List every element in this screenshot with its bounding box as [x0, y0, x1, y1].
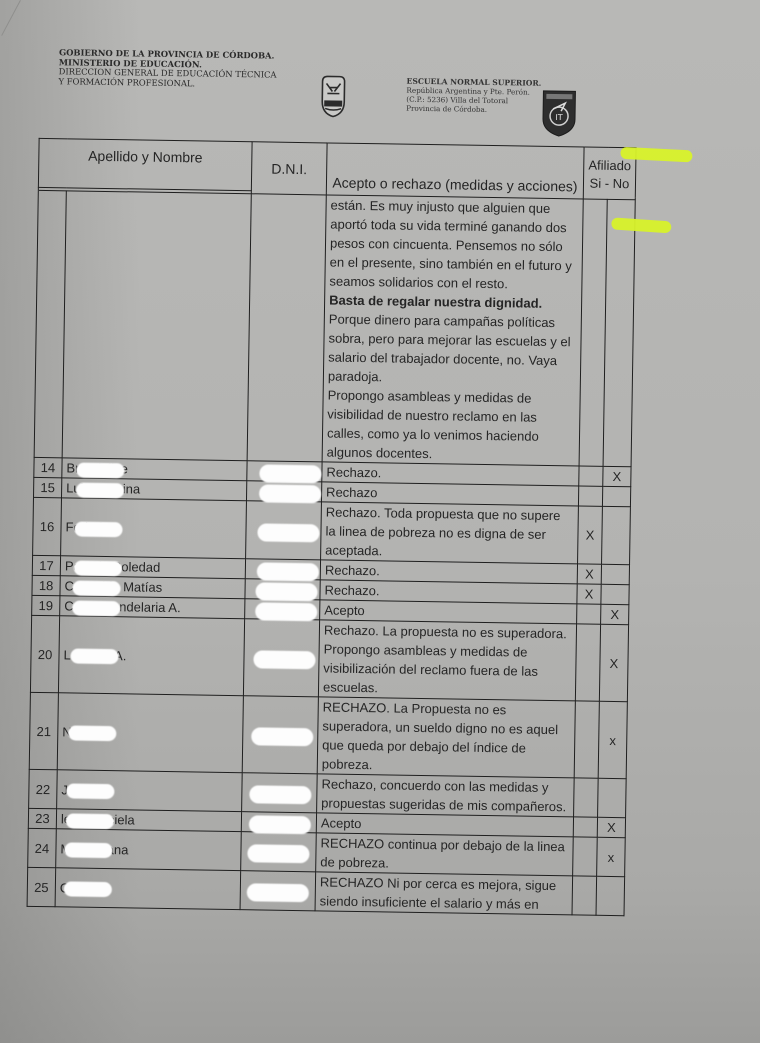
cell-response: RECHAZO continua por debajo de la linea …	[316, 833, 574, 876]
cell-num: 23	[28, 808, 56, 828]
redaction-blot	[256, 562, 318, 581]
redaction-blot	[66, 813, 114, 829]
response-paragraph: Propongo asambleas y medidas de visibili…	[327, 385, 576, 465]
cell-si	[574, 701, 599, 778]
cell-num	[34, 190, 66, 457]
cell-num: 14	[34, 457, 62, 477]
cell-num: 16	[33, 497, 62, 555]
cell-no	[601, 564, 629, 584]
cell-response: RECHAZO Ni por cerca es mejora, sigue si…	[315, 872, 573, 915]
cell-no: X	[601, 604, 629, 624]
redaction-blot	[259, 484, 321, 503]
redaction-blot	[256, 582, 318, 601]
column-header-response: Acepto o rechazo (medidas y acciones)	[326, 143, 584, 199]
cell-response: están. Es muy injusto que alguien que ap…	[322, 195, 583, 466]
redaction-blot	[260, 464, 322, 483]
redaction-blot	[257, 523, 319, 542]
cell-si	[572, 876, 597, 915]
redaction-blot	[246, 884, 308, 903]
redaction-blot	[76, 482, 124, 498]
redaction-blot	[251, 728, 313, 747]
cell-response: Rechazo. Toda propuesta que no supere la…	[321, 502, 579, 564]
cell-si: X	[577, 564, 601, 584]
cell-si	[579, 466, 603, 486]
cell-dni	[247, 194, 326, 462]
table-row: 25CarlosRECHAZO Ni por cerca es mejora, …	[27, 867, 625, 915]
cell-response: Rechazo, concuerdo con las medidas y pro…	[317, 774, 575, 817]
school-shield-icon: IT	[541, 89, 578, 138]
cell-si	[573, 837, 598, 876]
cell-no	[596, 876, 625, 915]
cell-no	[601, 584, 629, 604]
redaction-blot	[63, 882, 111, 898]
cell-no	[602, 506, 631, 564]
svg-text:IT: IT	[555, 113, 562, 122]
ministry-header: GOBIERNO DE LA PROVINCIA DE CÓRDOBA. MIN…	[58, 48, 276, 90]
cell-num: 15	[34, 477, 62, 497]
redaction-blot	[68, 726, 116, 742]
cell-no: X	[599, 624, 628, 701]
coat-of-arms-icon	[318, 73, 349, 117]
cell-si	[574, 778, 599, 817]
response-paragraph: están. Es muy injusto que alguien que ap…	[329, 196, 578, 295]
redaction-blot	[255, 602, 317, 621]
cell-no: X	[603, 466, 631, 486]
redaction-blot	[74, 521, 122, 537]
redactions	[8, 0, 760, 6]
cell-response: Rechazo. La propuesta no es superadora. …	[318, 620, 576, 701]
school-header: ESCUELA NORMAL SUPERIOR. República Argen…	[406, 77, 541, 115]
redaction-blot	[70, 649, 118, 665]
redaction-blot	[66, 784, 114, 800]
cell-num: 24	[28, 828, 57, 867]
redaction-blot	[77, 462, 125, 478]
redaction-blot	[253, 651, 315, 670]
header-line: Provincia de Córdoba.	[406, 104, 541, 115]
cell-num: 20	[30, 615, 59, 692]
cell-no	[598, 778, 627, 817]
affiliated-sub-label: Si - No	[584, 174, 635, 193]
table-row: 21NataliaRECHAZO. La Propuesta no es sup…	[29, 692, 627, 778]
redaction-blot	[72, 600, 120, 616]
column-header-dni: D.N.I.	[251, 142, 327, 195]
cell-no	[603, 199, 635, 466]
redaction-blot	[65, 843, 113, 859]
cell-si: X	[577, 584, 601, 604]
cell-no	[602, 486, 630, 506]
redaction-blot	[74, 560, 122, 576]
cell-name	[62, 191, 251, 461]
table-row: 20Leandro A.Rechazo. La propuesta no es …	[30, 615, 628, 701]
redaction-blot	[249, 815, 311, 834]
cell-no: X	[597, 817, 625, 837]
cell-num: 22	[29, 769, 58, 808]
cell-si	[578, 486, 602, 506]
cell-si	[575, 624, 600, 701]
cell-si	[573, 817, 597, 837]
cell-no: x	[598, 701, 627, 778]
redaction-blot	[247, 845, 309, 864]
cell-num: 19	[32, 595, 60, 615]
cell-response: RECHAZO. La Propuesta no es superadora, …	[317, 697, 575, 778]
document-page: GOBIERNO DE LA PROVINCIA DE CÓRDOBA. MIN…	[0, 0, 760, 1043]
response-paragraph: Porque dinero para campañas políticas so…	[328, 309, 577, 389]
cell-si	[577, 604, 601, 624]
cell-num: 25	[27, 867, 56, 906]
cell-num: 17	[32, 555, 60, 575]
cell-no: x	[597, 837, 626, 876]
column-header-name: Apellido y Nombre	[38, 138, 252, 190]
table-row-continuation: están. Es muy injusto que alguien que ap…	[34, 190, 635, 466]
cell-num: 21	[29, 692, 58, 769]
cell-si: X	[578, 506, 603, 564]
cell-num: 18	[32, 575, 60, 595]
redaction-blot	[73, 580, 121, 596]
redaction-blot	[249, 786, 311, 805]
